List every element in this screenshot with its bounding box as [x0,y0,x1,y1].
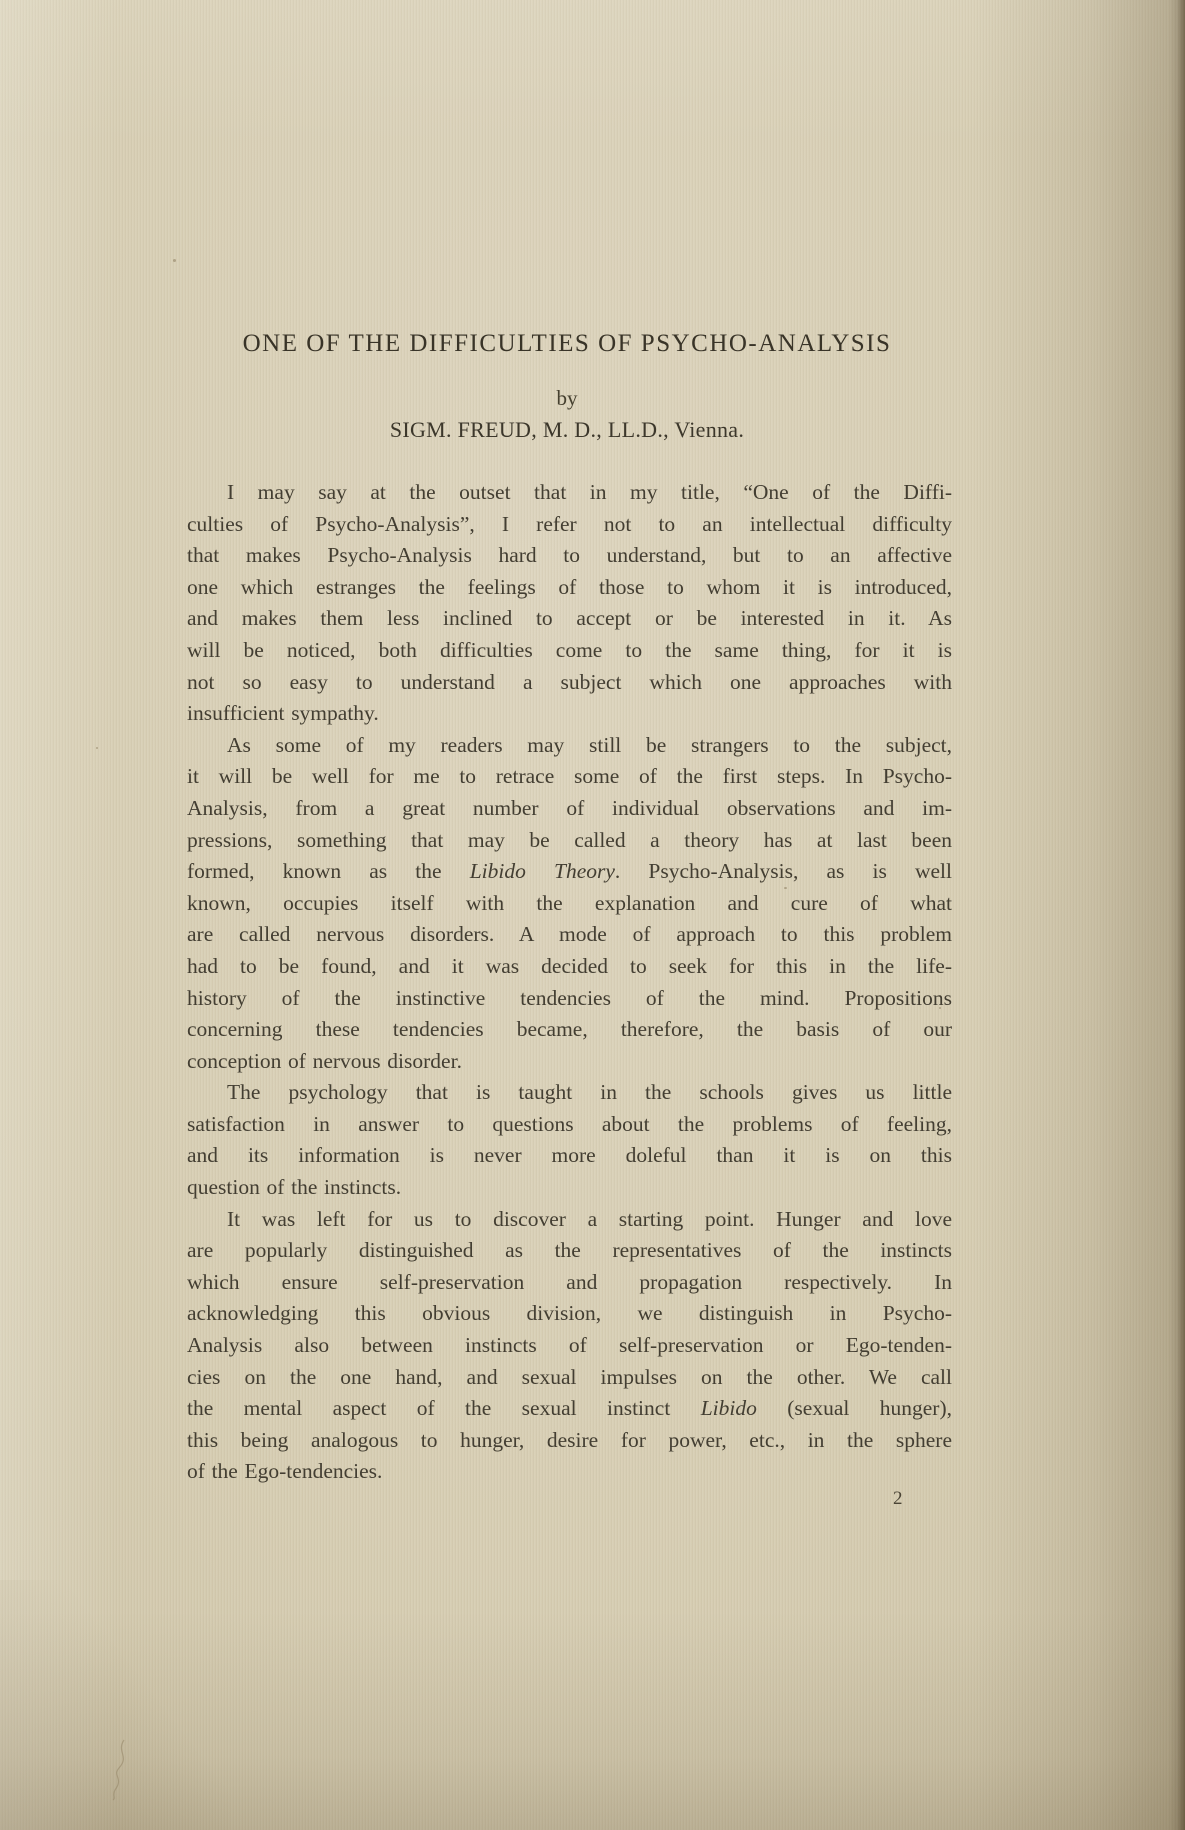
text-line: and its information is never more dolefu… [187,1140,952,1172]
text-line: satisfaction in answer to questions abou… [187,1109,952,1141]
text-line: are popularly distinguished as the repre… [187,1235,952,1267]
page-body: I may say at the outset that in my title… [187,477,952,1488]
text-line: this being analogous to hunger, desire f… [187,1425,952,1457]
paper-speck [939,1007,941,1009]
text-line: Analysis also between instincts of self-… [187,1330,952,1362]
text-line: of the Ego-tendencies. [187,1456,952,1488]
text-line: and makes them less inclined to accept o… [187,603,952,635]
text-line: insufficient sympathy. [187,698,952,730]
text-line: history of the instinctive tendencies of… [187,983,952,1015]
text-line: The psychology that is taught in the sch… [187,1077,952,1109]
text-line: Analysis, from a great number of individ… [187,793,952,825]
text-line: known, occupies itself with the explanat… [187,888,952,920]
text-line: are called nervous disorders. A mode of … [187,919,952,951]
article-title: ONE OF THE DIFFICULTIES OF PSYCHO-ANALYS… [150,330,984,358]
paper-speck [173,259,176,262]
text-line: pressions, something that may be called … [187,825,952,857]
text-line: As some of my readers may still be stran… [187,730,952,762]
italic-text: Libido [701,1396,757,1420]
text-line: formed, known as the Libido Theory. Psyc… [187,856,952,888]
text-line: had to be found, and it was decided to s… [187,951,952,983]
paper-speck [784,887,787,889]
text-line: acknowledging this obvious division, we … [187,1298,952,1330]
text-line: It was left for us to discover a startin… [187,1204,952,1236]
text-line: which ensure self-preservation and propa… [187,1267,952,1299]
italic-text: Libido Theory [470,859,615,883]
page-edge-shadow [1178,0,1185,1830]
text-line: culties of Psycho-Analysis”, I refer not… [187,509,952,541]
text-line: I may say at the outset that in my title… [187,477,952,509]
page-number: 2 [893,1488,903,1510]
author-line: SIGM. FREUD, M. D., LL.D., Vienna. [150,417,984,443]
text-line: not so easy to understand a subject whic… [187,667,952,699]
text-line: cies on the one hand, and sexual impulse… [187,1362,952,1394]
text-line: that makes Psycho-Analysis hard to under… [187,540,952,572]
paper-speck [96,747,98,749]
pencil-squiggle-mark [100,1738,144,1802]
text-line: the mental aspect of the sexual instinct… [187,1393,952,1425]
text-line: it will be well for me to retrace some o… [187,761,952,793]
text-line: question of the instincts. [187,1172,952,1204]
text-line: concerning these tendencies became, ther… [187,1014,952,1046]
book-page: ONE OF THE DIFFICULTIES OF PSYCHO-ANALYS… [0,0,1185,1830]
text-line: one which estranges the feelings of thos… [187,572,952,604]
text-line: conception of nervous disorder. [187,1046,952,1078]
byline-prefix: by [150,386,984,411]
text-line: will be noticed, both difficulties come … [187,635,952,667]
